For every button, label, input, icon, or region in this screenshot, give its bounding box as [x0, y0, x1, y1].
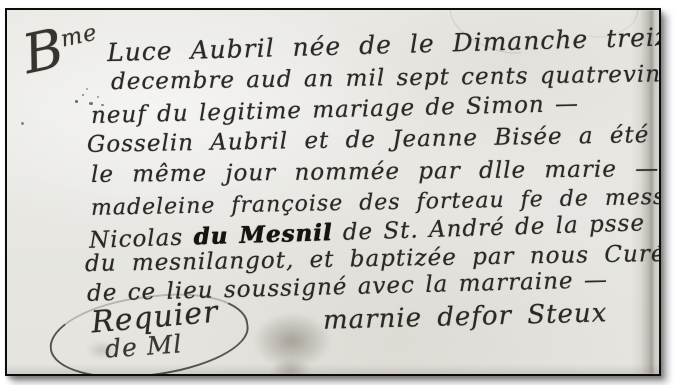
opening-superscript: me	[58, 19, 100, 52]
ink-dot	[21, 122, 24, 125]
screenshot-stage: Bme Luce Aubril née de le Dimanche treiz…	[0, 0, 680, 385]
faint-smudge	[85, 340, 119, 360]
document-scan-frame: Bme Luce Aubril née de le Dimanche treiz…	[5, 8, 661, 376]
line-7-overwritten-name: du Mesnil	[193, 219, 333, 250]
